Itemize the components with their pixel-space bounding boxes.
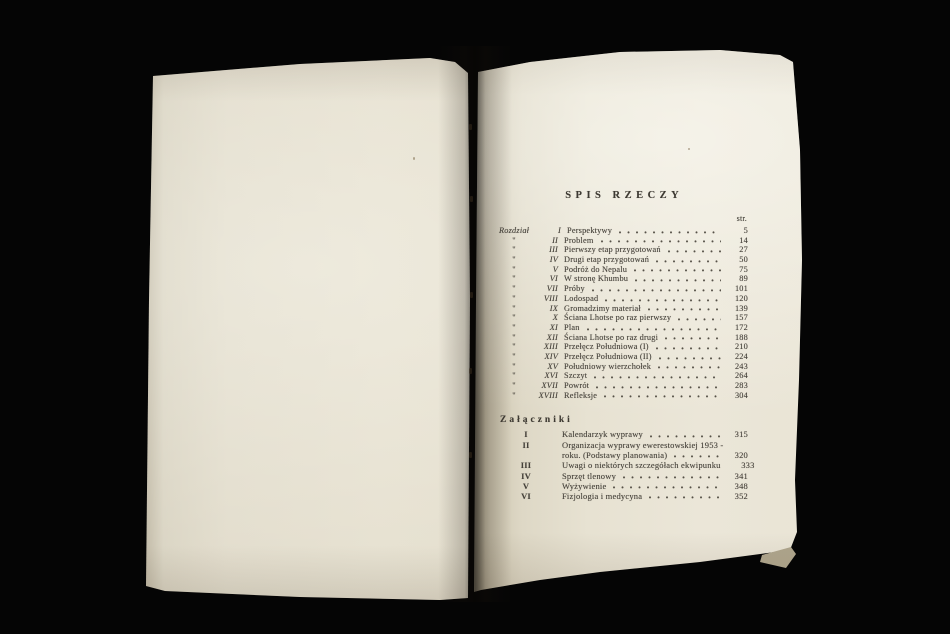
appendix-page-number: 352 bbox=[726, 491, 748, 501]
chapter-numeral: XVI bbox=[532, 371, 558, 381]
chapter-column-label: Rozdział bbox=[496, 226, 535, 236]
appendix-page-number: 333 bbox=[733, 460, 755, 470]
chapter-page-number: 120 bbox=[726, 294, 748, 304]
chapter-page-number: 157 bbox=[726, 313, 748, 323]
ditto-mark: " bbox=[496, 313, 532, 323]
appendix-title-text: Kalendarzyk wyprawy bbox=[562, 429, 643, 439]
dot-leader bbox=[659, 357, 721, 360]
appendix-numeral: IV bbox=[496, 471, 556, 481]
dot-leader bbox=[635, 279, 721, 282]
dot-leader bbox=[601, 240, 721, 243]
ditto-mark: " bbox=[496, 323, 532, 333]
binding-stitch bbox=[470, 292, 473, 298]
chapter-title: Plan bbox=[564, 323, 580, 333]
chapter-title: Podróż do Nepalu bbox=[564, 265, 627, 275]
ditto-mark: " bbox=[496, 274, 532, 284]
ditto-mark: " bbox=[496, 245, 532, 255]
dot-leader bbox=[592, 289, 721, 292]
toc-appendix-row: VWyżywienie348 bbox=[496, 481, 748, 491]
paper-speck bbox=[413, 157, 415, 160]
chapter-numeral: IX bbox=[532, 304, 558, 314]
toc-chapter-row: "XŚciana Lhotse po raz pierwszy157 bbox=[496, 313, 748, 323]
chapter-numeral: X bbox=[532, 313, 558, 323]
appendix-numeral: V bbox=[496, 481, 556, 491]
chapter-page-number: 224 bbox=[726, 352, 748, 362]
toc-chapter-row: "VPodróż do Nepalu75 bbox=[496, 265, 748, 275]
ditto-mark: " bbox=[496, 391, 532, 401]
appendix-title-text: Wyżywienie bbox=[562, 481, 606, 491]
chapter-numeral: II bbox=[532, 236, 558, 246]
appendix-numeral: VI bbox=[496, 491, 556, 501]
chapter-title: Przełęcz Południowa (I) bbox=[564, 342, 649, 352]
dot-leader bbox=[604, 395, 721, 398]
appendix-page-number bbox=[735, 440, 757, 450]
appendix-numeral bbox=[496, 450, 556, 460]
ditto-mark: " bbox=[496, 304, 532, 314]
ditto-mark: " bbox=[496, 371, 532, 381]
chapter-page-number: 89 bbox=[726, 274, 748, 284]
appendix-page-number: 320 bbox=[726, 450, 748, 460]
dot-leader bbox=[656, 260, 721, 263]
appendix-numeral: I bbox=[496, 429, 556, 439]
book-photo: SPIS RZECZY str. RozdziałIPerspektywy5"I… bbox=[0, 0, 950, 634]
binding-stitch bbox=[469, 452, 472, 458]
toc-chapter-row: "IVDrugi etap przygotowań50 bbox=[496, 255, 748, 265]
toc-chapter-row: "XIVPrzełęcz Południowa (II)224 bbox=[496, 352, 748, 362]
chapter-title: W stronę Khumbu bbox=[564, 274, 628, 284]
ditto-mark: " bbox=[496, 294, 532, 304]
dot-leader bbox=[678, 318, 721, 321]
toc-chapter-row: "VIIPróby101 bbox=[496, 284, 748, 294]
chapter-numeral: XIII bbox=[532, 342, 558, 352]
chapter-numeral: XI bbox=[532, 323, 558, 333]
ditto-mark: " bbox=[496, 255, 532, 265]
toc-chapter-row: "XVIIIRefleksje304 bbox=[496, 391, 748, 401]
ditto-mark: " bbox=[496, 362, 532, 372]
chapter-title: Powrót bbox=[564, 381, 589, 391]
chapter-title: Drugi etap przygotowań bbox=[564, 255, 649, 265]
dot-leader bbox=[656, 347, 721, 350]
toc-appendix-row: IIOrganizacja wyprawy ewerestowskiej 195… bbox=[496, 440, 748, 450]
chapter-numeral: I bbox=[535, 226, 561, 236]
chapter-page-number: 14 bbox=[726, 236, 748, 246]
dot-leader bbox=[674, 455, 721, 458]
table-of-contents: SPIS RZECZY str. RozdziałIPerspektywy5"I… bbox=[496, 190, 748, 501]
appendix-page-number: 348 bbox=[726, 481, 748, 491]
chapter-title: Problem bbox=[564, 236, 594, 246]
dot-leader bbox=[594, 376, 721, 379]
chapter-title: Lodospad bbox=[564, 294, 598, 304]
chapter-numeral: VI bbox=[532, 274, 558, 284]
chapter-title: Szczyt bbox=[564, 371, 587, 381]
chapter-numeral: V bbox=[532, 265, 558, 275]
chapter-numeral: IV bbox=[532, 255, 558, 265]
toc-chapter-row: "IXGromadzimy materiał139 bbox=[496, 304, 748, 314]
ditto-mark: " bbox=[496, 236, 532, 246]
chapter-numeral: XVIII bbox=[532, 391, 558, 401]
chapter-page-number: 101 bbox=[726, 284, 748, 294]
appendix-page-number: 341 bbox=[726, 471, 748, 481]
dot-leader bbox=[596, 386, 721, 389]
appendix-title-text: roku. (Podstawy planowania) bbox=[562, 450, 667, 460]
appendix-title-text: Fizjologia i medycyna bbox=[562, 491, 642, 501]
appendix-list: IKalendarzyk wyprawy315IIOrganizacja wyp… bbox=[496, 429, 748, 501]
chapter-page-number: 283 bbox=[726, 381, 748, 391]
binding-stitch bbox=[469, 368, 472, 374]
appendix-numeral: II bbox=[496, 440, 556, 450]
paper-speck bbox=[688, 148, 690, 150]
dot-leader bbox=[648, 308, 721, 311]
binding-stitch bbox=[469, 124, 472, 130]
toc-chapter-row: "XVIIPowrót283 bbox=[496, 381, 748, 391]
chapter-numeral: XVII bbox=[532, 381, 558, 391]
appendix-title-text: Organizacja wyprawy ewerestowskiej 1953 … bbox=[562, 440, 723, 450]
ditto-mark: " bbox=[496, 265, 532, 275]
ditto-mark: " bbox=[496, 352, 532, 362]
chapter-title: Refleksje bbox=[564, 391, 597, 401]
chapter-numeral: VII bbox=[532, 284, 558, 294]
dot-leader bbox=[587, 328, 721, 331]
chapter-numeral: VIII bbox=[532, 294, 558, 304]
toc-chapter-row: "XVISzczyt264 bbox=[496, 371, 748, 381]
toc-chapter-row: "IIIPierwszy etap przygotowań27 bbox=[496, 245, 748, 255]
toc-appendix-row: roku. (Podstawy planowania)320 bbox=[496, 450, 748, 460]
toc-appendix-row: VIFizjologia i medycyna352 bbox=[496, 491, 748, 501]
chapter-title: Południowy wierzchołek bbox=[564, 362, 651, 372]
dot-leader bbox=[613, 486, 721, 489]
dot-leader bbox=[649, 496, 721, 499]
toc-chapter-row: "XIIIPrzełęcz Południowa (I)210 bbox=[496, 342, 748, 352]
toc-chapter-row: "XVPołudniowy wierzchołek243 bbox=[496, 362, 748, 372]
chapter-title: Przełęcz Południowa (II) bbox=[564, 352, 652, 362]
dot-leader bbox=[605, 299, 721, 302]
dot-leader bbox=[634, 269, 721, 272]
chapter-title: Próby bbox=[564, 284, 585, 294]
toc-title: SPIS RZECZY bbox=[496, 190, 748, 201]
dot-leader bbox=[650, 435, 721, 438]
toc-appendix-row: IKalendarzyk wyprawy315 bbox=[496, 429, 748, 439]
dot-leader bbox=[619, 231, 721, 234]
toc-chapter-row: "XIIŚciana Lhotse po raz drugi188 bbox=[496, 333, 748, 343]
chapter-page-number: 5 bbox=[726, 226, 748, 236]
page-column-header: str. bbox=[496, 214, 748, 223]
toc-chapter-row: "XIPlan172 bbox=[496, 323, 748, 333]
ditto-mark: " bbox=[496, 284, 532, 294]
ditto-mark: " bbox=[496, 333, 532, 343]
toc-appendix-row: IIIUwagi o niektórych szczegółach ekwipu… bbox=[496, 460, 748, 470]
chapter-numeral: XIV bbox=[532, 352, 558, 362]
appendices-title: Załączniki bbox=[496, 414, 748, 426]
chapter-title: Gromadzimy materiał bbox=[564, 304, 641, 314]
dot-leader bbox=[665, 337, 721, 340]
dot-leader bbox=[658, 366, 721, 369]
chapter-list: RozdziałIPerspektywy5"IIProblem14"IIIPie… bbox=[496, 226, 748, 400]
chapter-page-number: 210 bbox=[726, 342, 748, 352]
chapter-page-number: 50 bbox=[726, 255, 748, 265]
appendix-title-text: Sprzęt tlenowy bbox=[562, 471, 616, 481]
chapter-page-number: 139 bbox=[726, 304, 748, 314]
ditto-mark: " bbox=[496, 381, 532, 391]
toc-chapter-row: "IIProblem14 bbox=[496, 236, 748, 246]
dot-leader bbox=[623, 476, 721, 479]
chapter-numeral: XV bbox=[532, 362, 558, 372]
binding-stitch bbox=[470, 196, 473, 202]
chapter-numeral: XII bbox=[532, 333, 558, 343]
toc-appendix-row: IVSprzęt tlenowy341 bbox=[496, 471, 748, 481]
chapter-page-number: 75 bbox=[726, 265, 748, 275]
chapter-page-number: 172 bbox=[726, 323, 748, 333]
chapter-page-number: 264 bbox=[726, 371, 748, 381]
appendix-numeral: III bbox=[496, 460, 556, 470]
chapter-numeral: III bbox=[532, 245, 558, 255]
dot-leader bbox=[668, 250, 721, 253]
appendix-page-number: 315 bbox=[726, 429, 748, 439]
toc-chapter-row: "VIIILodospad120 bbox=[496, 294, 748, 304]
chapter-page-number: 304 bbox=[726, 391, 748, 401]
chapter-page-number: 243 bbox=[726, 362, 748, 372]
toc-chapter-row: "VIW stronę Khumbu89 bbox=[496, 274, 748, 284]
ditto-mark: " bbox=[496, 342, 532, 352]
chapter-page-number: 27 bbox=[726, 245, 748, 255]
chapter-title: Ściana Lhotse po raz drugi bbox=[564, 333, 658, 343]
appendix-title-text: Uwagi o niektórych szczegółach ekwipunku bbox=[562, 460, 721, 470]
chapter-title: Perspektywy bbox=[567, 226, 612, 236]
toc-chapter-row: RozdziałIPerspektywy5 bbox=[496, 226, 748, 236]
chapter-page-number: 188 bbox=[726, 333, 748, 343]
chapter-title: Pierwszy etap przygotowań bbox=[564, 245, 661, 255]
chapter-title: Ściana Lhotse po raz pierwszy bbox=[564, 313, 671, 323]
